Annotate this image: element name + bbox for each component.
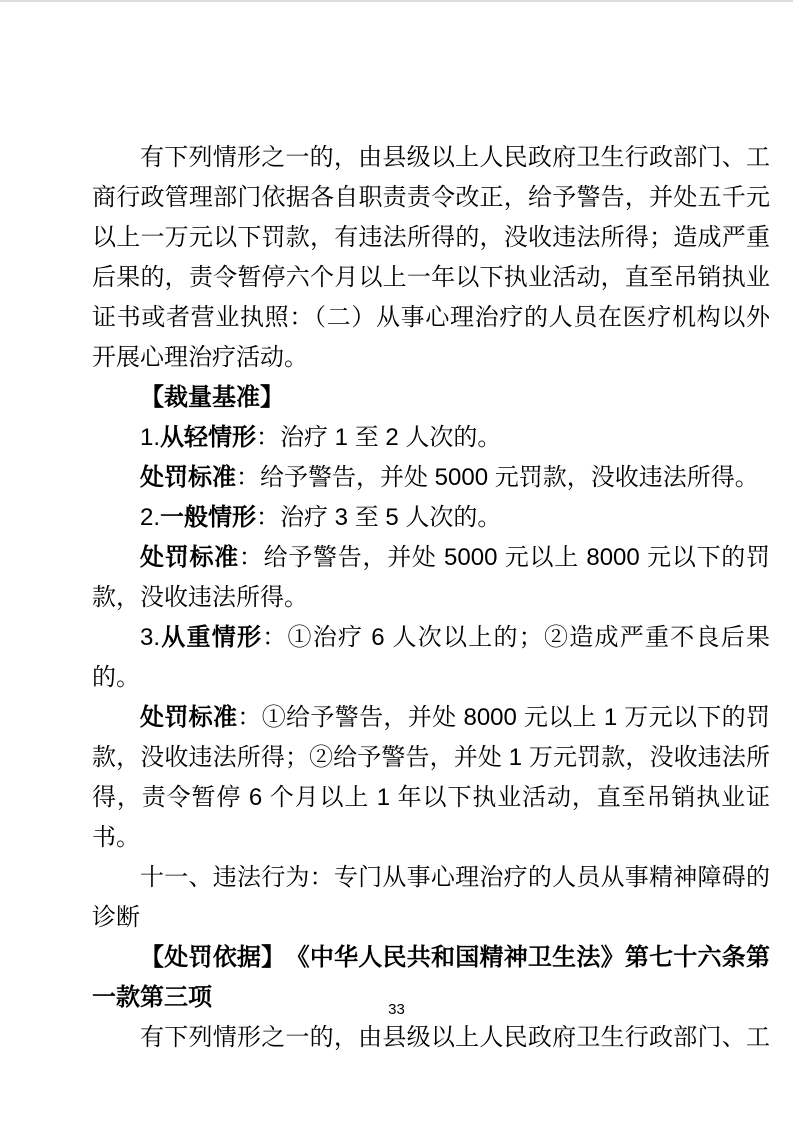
text-run: 3. — [140, 624, 160, 651]
violation-eleven: 十一、违法行为：专门从事心理治疗的人员从事精神障碍的诊断 — [92, 858, 770, 938]
item-light-case: 1.从轻情形：治疗 1 至 2 人次的。 — [92, 418, 770, 458]
paragraph-continued-penalty-clause: 有下列情形之一的，由县级以上人民政府卫生行政部门、工 — [92, 1018, 770, 1058]
penalty-standard-severe: 处罚标准：①给予警告，并处 8000 元以上 1 万元以下的罚款，没收违法所得；… — [92, 698, 770, 858]
text-run: 1. — [140, 424, 160, 451]
page-number: 33 — [0, 1001, 793, 1019]
text-run: 2. — [140, 504, 160, 531]
document-page: 有下列情形之一的，由县级以上人民政府卫生行政部门、工商行政管理部门依据各自职责责… — [0, 0, 793, 1122]
text-run: 处罚标准 — [140, 464, 236, 491]
text-run: 有下列情形之一的，由县级以上人民政府卫生行政部门、工商行政管理部门依据各自职责责… — [92, 144, 770, 371]
text-run: ：治疗 1 至 2 人次的。 — [256, 424, 501, 451]
heading-discretion-basis: 【裁量基准】 — [92, 378, 770, 418]
penalty-standard-general: 处罚标准：给予警告，并处 5000 元以上 8000 元以下的罚款，没收违法所得… — [92, 538, 770, 618]
text-run: 从轻情形 — [160, 424, 256, 451]
text-run: 从重情形 — [160, 624, 262, 651]
paragraph-intro-penalty-clause: 有下列情形之一的，由县级以上人民政府卫生行政部门、工商行政管理部门依据各自职责责… — [92, 138, 770, 378]
item-general-case: 2.一般情形：治疗 3 至 5 人次的。 — [92, 498, 770, 538]
text-run: 一般情形 — [160, 504, 256, 531]
document-body: 有下列情形之一的，由县级以上人民政府卫生行政部门、工商行政管理部门依据各自职责责… — [92, 138, 770, 1058]
text-run: 处罚标准 — [140, 704, 237, 731]
text-run: ：给予警告，并处 5000 元罚款，没收违法所得。 — [236, 464, 759, 491]
text-run: 【裁量基准】 — [140, 384, 284, 411]
text-run: 处罚标准 — [140, 544, 239, 571]
text-run: 十一、违法行为：专门从事心理治疗的人员从事精神障碍的诊断 — [92, 864, 770, 931]
item-severe-case: 3.从重情形：①治疗 6 人次以上的；②造成严重不良后果的。 — [92, 618, 770, 698]
penalty-standard-light: 处罚标准：给予警告，并处 5000 元罚款，没收违法所得。 — [92, 458, 770, 498]
text-run: 有下列情形之一的，由县级以上人民政府卫生行政部门、工 — [140, 1024, 770, 1051]
text-run: ：治疗 3 至 5 人次的。 — [256, 504, 501, 531]
